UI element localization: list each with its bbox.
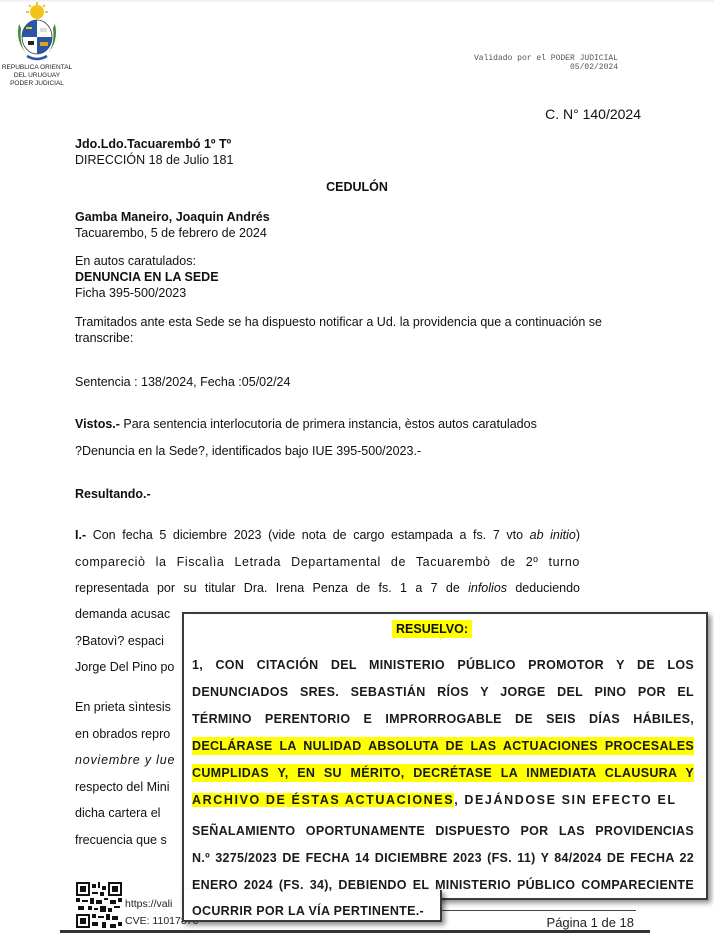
resolution-text-span: SEÑALAMIENTO OPORTUNAMENTE DISPUESTO POR… — [192, 824, 694, 838]
resolution-line: CUMPLIDAS Y, EN SU MÉRITO, DECRÉTASE LA … — [192, 764, 694, 782]
paragraph-i-line-4: demanda acusac — [75, 607, 170, 621]
text-span: deduciendo — [507, 581, 580, 595]
paragraph-i-line-6: Jorge Del Pino po — [75, 660, 174, 674]
footer-divider — [440, 910, 636, 911]
notice-line-2: transcribe: — [75, 330, 133, 346]
highlighted-text: DECLÁRASE LA NULIDAD ABSOLUTA DE LAS ACT… — [192, 739, 694, 753]
court-name: Jdo.Ldo.Tacuarembó 1º Tº — [75, 136, 231, 152]
text-span: Con fecha 5 diciembre 2023 (vide nota de… — [86, 528, 530, 542]
court-address: DIRECCIÓN 18 de Julio 181 — [75, 152, 233, 168]
resolution-last-line: OCURRIR POR LA VÍA PERTINENTE.- — [192, 904, 424, 918]
paragraph-2-line-6: frecuencia que s — [75, 833, 167, 847]
top-edge — [0, 0, 714, 3]
paragraph-i-line-5: ?Batovì? espaci — [75, 634, 164, 648]
paragraph-i-line-2: compareciò la Fiscalìa Letrada Departame… — [75, 555, 580, 569]
resolution-line: N.º 3275/2023 DE FECHA 14 DICIEMBRE 2023… — [192, 851, 694, 865]
text-span: ) — [576, 528, 580, 542]
validation-stamp: Validado por el PODER JUDICIAL 05/02/202… — [440, 54, 618, 72]
recipient-name: Gamba Maneiro, Joaquin Andrés — [75, 209, 270, 225]
logo-line-2: DEL URUGUAY — [0, 72, 74, 80]
resolution-line: DECLÁRASE LA NULIDAD ABSOLUTA DE LAS ACT… — [192, 737, 694, 755]
vistos-label: Vistos.- — [75, 417, 120, 431]
resolution-line: DENUNCIADOS SRES. SEBASTIÁN RÍOS Y JORGE… — [192, 685, 694, 699]
qr-code-icon — [76, 882, 122, 928]
logo-line-3: PODER JUDICIAL — [0, 80, 74, 88]
resolution-line: 1, CON CITACIÓN DEL MINISTERIO PÚBLICO P… — [192, 658, 694, 672]
paragraph-2-line-1: En prieta sìntesis — [75, 700, 171, 714]
case-number: C. N° 140/2024 — [545, 106, 641, 122]
notice-line-1: Tramitados ante esta Sede se ha dispuest… — [75, 314, 602, 330]
resolution-text-span: DENUNCIADOS SRES. SEBASTIÁN RÍOS Y JORGE… — [192, 685, 694, 699]
resolution-text-span: , DEJÁNDOSE SIN EFECTO EL — [454, 793, 676, 807]
highlighted-text: CUMPLIDAS Y, EN SU MÉRITO, DECRÉTASE LA … — [192, 766, 694, 780]
logo-line-1: REPUBLICA ORIENTAL — [0, 64, 74, 72]
case-label: En autos caratulados: — [75, 253, 196, 269]
paragraph-i-line-1: I.- Con fecha 5 diciembre 2023 (vide not… — [75, 528, 580, 542]
resolution-text-span: ENERO 2024 (FS. 34), DEBIENDO EL MINISTE… — [192, 878, 694, 892]
sentencia-line: Sentencia : 138/2024, Fecha :05/02/24 — [75, 374, 290, 390]
case-ficha: Ficha 395-500/2023 — [75, 285, 186, 301]
vistos-line-2: ?Denuncia en la Sede?, identificados baj… — [75, 443, 421, 459]
resolution-line: TÉRMINO PERENTORIO E IMPRORROGABLE DE SE… — [192, 712, 694, 726]
resolution-line: ARCHIVO DE ÉSTAS ACTUACIONES, DEJÁNDOSE … — [192, 793, 694, 807]
resolution-text-span: TÉRMINO PERENTORIO E IMPRORROGABLE DE SE… — [192, 712, 694, 726]
resuelvo-heading: RESUELVO: — [392, 620, 472, 638]
validation-link[interactable]: https://vali — [125, 898, 172, 910]
resolution-line: SEÑALAMIENTO OPORTUNAMENTE DISPUESTO POR… — [192, 824, 694, 838]
highlighted-text: ARCHIVO DE ÉSTAS ACTUACIONES — [192, 793, 454, 807]
paragraph-2-line-5: dicha cartera el — [75, 806, 160, 820]
paragraph-2-line-4: respecto del Mini — [75, 780, 170, 794]
text-span: representada por su titular Dra. Irena P… — [75, 581, 468, 595]
coat-of-arms-icon — [11, 2, 63, 64]
italic-span: infolios — [468, 581, 507, 595]
page-indicator: Página 1 de 18 — [547, 915, 634, 930]
resolution-text-span: N.º 3275/2023 DE FECHA 14 DICIEMBRE 2023… — [192, 851, 694, 865]
paragraph-i-label: I.- — [75, 528, 86, 542]
case-title: DENUNCIA EN LA SEDE — [75, 269, 219, 285]
place-date: Tacuarembo, 5 de febrero de 2024 — [75, 225, 267, 241]
resolution-text-span: 1, CON CITACIÓN DEL MINISTERIO PÚBLICO P… — [192, 658, 694, 672]
resolution-line: ENERO 2024 (FS. 34), DEBIENDO EL MINISTE… — [192, 878, 694, 892]
poder-judicial-logo: REPUBLICA ORIENTAL DEL URUGUAY PODER JUD… — [0, 0, 74, 88]
document-title: CEDULÓN — [0, 180, 714, 194]
vistos-text: Para sentencia interlocutoria de primera… — [120, 417, 537, 431]
resultando-heading: Resultando.- — [75, 486, 151, 502]
paragraph-2-line-2: en obrados repro — [75, 727, 170, 741]
vistos-line-1: Vistos.- Para sentencia interlocutoria d… — [75, 416, 537, 432]
page-bottom-edge — [60, 930, 650, 933]
italic-span: ab initio — [530, 528, 576, 542]
paragraph-2-line-3: noviembre y lue — [75, 753, 175, 767]
paragraph-i-line-3: representada por su titular Dra. Irena P… — [75, 581, 580, 595]
